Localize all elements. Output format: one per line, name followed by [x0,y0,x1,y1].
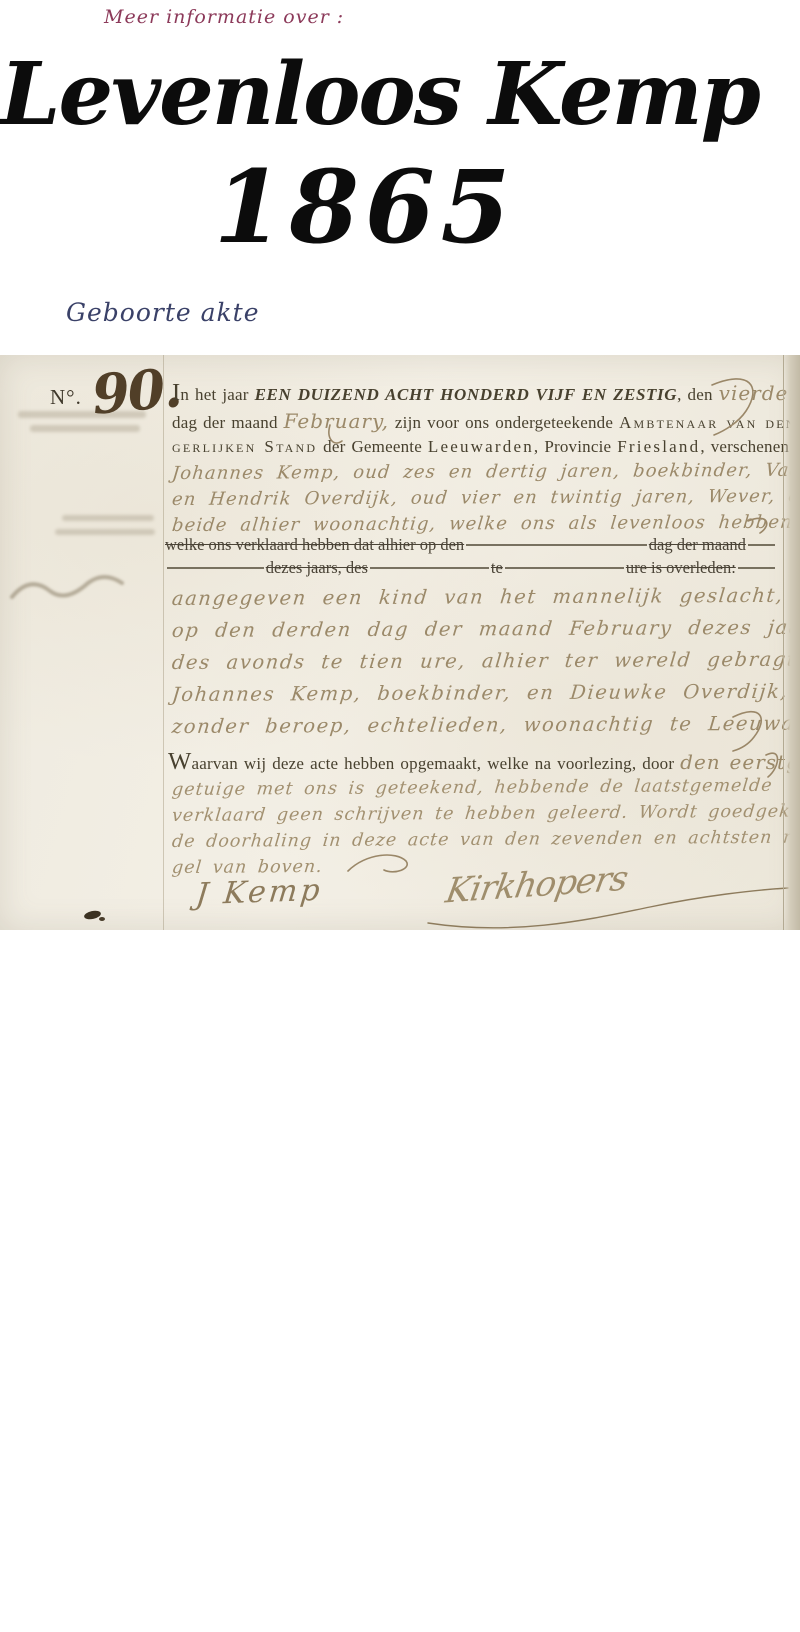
handwritten-line: aangegeven een kind van het mannelijk ge… [171,584,785,610]
printed-spaced: Leeuwarden [428,437,534,456]
printed-spaced: Friesland [617,437,700,456]
handwritten-line: zonder beroep, echtelieden, woonachtig t… [171,711,800,738]
handwritten-line: beide alhier woonachtig, welke ons als l… [171,512,794,536]
printed-text: Waarvan wij deze acte hebben opgemaakt, … [168,754,680,773]
printed-text: , den [677,385,719,404]
handwritten-month: February, [284,409,389,433]
struck-text: te [491,558,503,578]
form-rule [505,567,624,568]
form-rule [748,544,775,545]
form-rule [370,567,489,568]
printed-text: In het jaar [172,385,255,404]
printed-line-3: gerlijken Stand der Gemeente Leeuwarden,… [172,437,794,457]
printed-smallcaps: Ambtenaar van den Bur- [619,413,800,432]
struck-form-line-2: dezes jaars, des te ure is overleden: [165,558,777,578]
struck-text: welke ons verklaard hebben dat alhier op… [165,535,464,555]
act-number-value: 90. [89,355,182,426]
struck-text: ure is overleden: [626,558,736,578]
printed-text: , Provincie [534,437,617,456]
page-edge-shadow [783,355,800,930]
act-number-label: N°. [50,385,82,410]
printed-text: , verschenen: [700,437,794,456]
printed-text: der Gemeente [317,437,428,456]
struck-text: dezes jaars, des [266,558,368,578]
struck-form-line-1: welke ons verklaard hebben dat alhier op… [165,535,777,555]
genealogy-page: Meer informatie over : Levenloos Kemp 18… [0,0,800,1632]
handwritten-line: des avonds te tien ure, alhier ter werel… [171,647,800,674]
bleedthrough-mark [55,529,155,535]
signature-registrar: Kirkhopers [443,858,631,911]
certificate-scan: N°. 90. In het jaar EEN DUIZEND ACHT HON… [0,355,800,930]
margin-rule [163,355,164,930]
more-info-label: Meer informatie over : [104,6,344,28]
closing-printed-line: Waarvan wij deze acte hebben opgemaakt, … [168,750,800,775]
signature-father: J Kemp [194,873,324,913]
printed-emphasis: EEN DUIZEND ACHT HONDERD VIJF EN ZESTIG [255,385,678,404]
handwritten-line: op den derden dag der maand February dez… [171,616,800,642]
bleedthrough-mark [62,515,154,521]
bleedthrough-mark [30,425,140,432]
handwritten-line: Johannes Kemp, boekbinder, en Dieuwke Ov… [171,680,790,706]
handwritten-line: verklaard geen schrijven te hebben gelee… [171,801,800,826]
page-title-year: 1865 [0,148,730,266]
page-title: Levenloos Kemp [0,44,730,145]
section-label: Geboorte akte [66,298,260,327]
ink-spot [99,917,105,921]
form-rule [466,544,647,545]
struck-text: dag der maand [649,535,746,555]
handwritten-line: de doorhaling in deze acte van den zeven… [171,828,800,852]
printed-line-1: In het jaar EEN DUIZEND ACHT HONDERD VIJ… [172,381,800,406]
printed-line-2: dag der maand February, zijn voor ons on… [172,409,800,433]
printed-smallcaps: gerlijken Stand [172,437,317,456]
handwritten-line: getuige met ons is geteekend, hebbende d… [171,776,774,800]
printed-text: zijn voor ons ondergeteekende [389,413,619,432]
handwritten-line: Johannes Kemp, oud zes en dertig jaren, … [171,460,800,484]
printed-text: dag der maand [172,413,284,432]
bleedthrough-script-mark [4,567,134,611]
form-rule [167,567,264,568]
form-rule [738,567,775,568]
handwritten-line: en Hendrik Overdijk, oud vier en twintig… [171,486,800,510]
